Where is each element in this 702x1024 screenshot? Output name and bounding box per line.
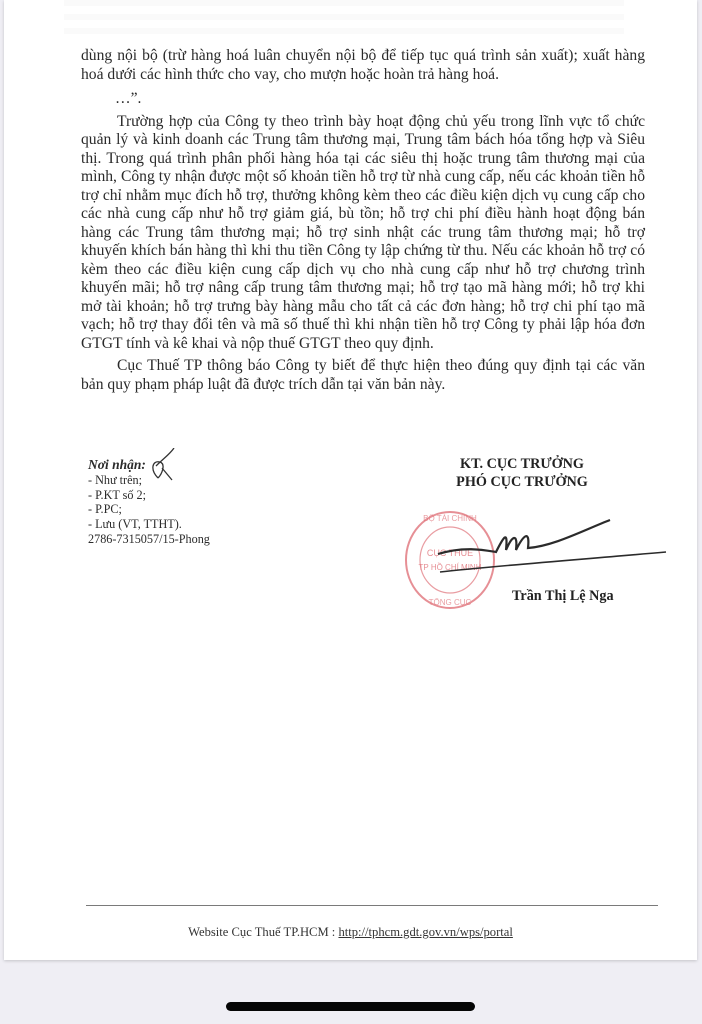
document-reference-code: 2786-7315057/15-Phong xyxy=(88,532,210,547)
paragraph-company-case: Trường hợp của Công ty theo trình bày ho… xyxy=(81,113,645,354)
recipient-item: - P.PC; xyxy=(88,502,210,517)
handwritten-signature-icon xyxy=(434,516,670,576)
footer-website-link[interactable]: http://tphcm.gdt.gov.vn/wps/portal xyxy=(338,925,512,939)
footer-divider xyxy=(86,905,658,906)
footer-label: Website Cục Thuế TP.HCM : xyxy=(188,925,338,939)
document-body: dùng nội bộ (trừ hàng hoá luân chuyển nộ… xyxy=(81,47,645,394)
quote-ellipsis: …”. xyxy=(81,90,645,109)
bleed-through-text xyxy=(64,0,624,42)
paragraph-notice: Cục Thuế TP thông báo Công ty biết để th… xyxy=(81,357,645,394)
signature-title-line2: PHÓ CỤC TRƯỞNG xyxy=(424,474,620,491)
svg-text:TỔNG CỤC: TỔNG CỤC xyxy=(429,598,472,607)
signer-name: Trần Thị Lệ Nga xyxy=(512,588,614,605)
initial-mark-icon xyxy=(148,448,178,482)
signature-title-line1: KT. CỤC TRƯỞNG xyxy=(424,456,620,473)
signature-block: KT. CỤC TRƯỞNG PHÓ CỤC TRƯỞNG CỤC THUẾ T… xyxy=(404,456,664,616)
recipient-item: - Lưu (VT, TTHT). xyxy=(88,517,210,532)
paragraph-continuation: dùng nội bộ (trừ hàng hoá luân chuyển nộ… xyxy=(81,47,645,84)
home-indicator[interactable] xyxy=(226,1002,475,1011)
footer: Website Cục Thuế TP.HCM : http://tphcm.g… xyxy=(4,925,697,940)
recipients-block: Nơi nhận: - Như trên; - P.KT số 2; - P.P… xyxy=(88,458,210,547)
document-page: dùng nội bộ (trừ hàng hoá luân chuyển nộ… xyxy=(4,0,697,960)
recipient-item: - P.KT số 2; xyxy=(88,488,210,503)
